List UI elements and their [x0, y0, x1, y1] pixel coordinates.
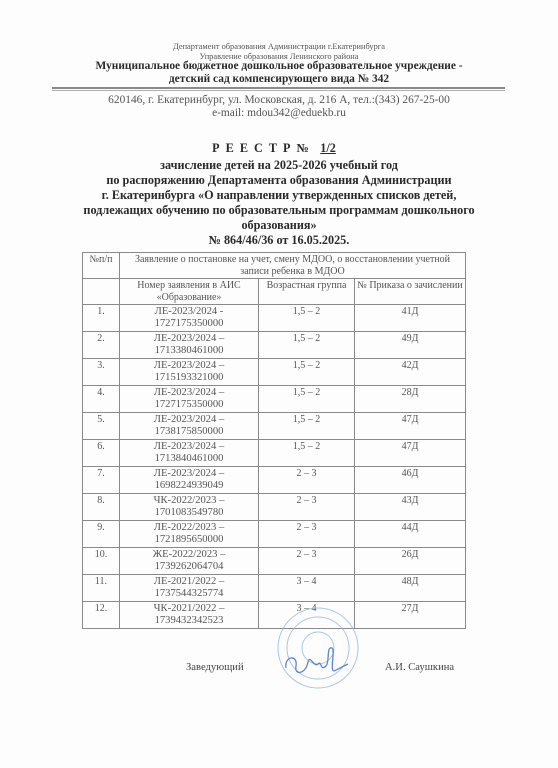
- row-number-text: 8.: [97, 495, 105, 506]
- order-number-text: 42Д: [402, 360, 419, 371]
- table-header-row: №п/п Заявление о постановке на учет, сме…: [83, 253, 466, 279]
- row-number-text: 1.: [97, 306, 105, 317]
- header-application-number: Номер заявления в АИС «Образование»: [120, 279, 259, 305]
- row-number: 2.: [83, 332, 120, 359]
- title-line: г. Екатеринбурга «О направлении утвержде…: [0, 188, 558, 203]
- row-number-text: 4.: [97, 387, 105, 398]
- row-number-text: 3.: [97, 360, 105, 371]
- organization-name-line2: детский сад компенсирующего вида № 342: [0, 73, 558, 85]
- row-number: 6.: [83, 440, 120, 467]
- row-number: 11.: [83, 575, 120, 602]
- application-number: ЛЕ-2023/2024 –1738175850000: [120, 413, 259, 440]
- row-number: 10.: [83, 548, 120, 575]
- order-number-text: 47Д: [402, 441, 419, 452]
- application-code-prefix: ЛЕ-2023/2024 –: [120, 414, 258, 426]
- application-code-prefix: ЖЕ-2022/2023 –: [120, 549, 258, 561]
- address: 620146, г. Екатеринбург, ул. Московская,…: [0, 94, 558, 106]
- application-number: ЛЕ-2023/2024 –1727175350000: [120, 386, 259, 413]
- row-number: 7.: [83, 467, 120, 494]
- order-number: 47Д: [355, 440, 466, 467]
- row-number: 9.: [83, 521, 120, 548]
- application-code-prefix: ЛЕ-2023/2024 –: [120, 360, 258, 372]
- order-number: 44Д: [355, 521, 466, 548]
- application-code-id: 1727175350000: [120, 318, 258, 330]
- age-group-text: 1,5 – 2: [293, 414, 321, 425]
- order-number: 41Д: [355, 305, 466, 332]
- row-number: 8.: [83, 494, 120, 521]
- header-age-group: Возрастная группа: [259, 279, 355, 305]
- application-number: ЛЕ-2023/2024 –1698224939049: [120, 467, 259, 494]
- application-code-id: 1698224939049: [120, 480, 258, 492]
- age-group: 2 – 3: [259, 521, 355, 548]
- title-line: образования»: [0, 218, 558, 233]
- application-code-id: 1715193321000: [120, 372, 258, 384]
- application-code-id: 1738175850000: [120, 426, 258, 438]
- age-group-text: 2 – 3: [297, 495, 317, 506]
- order-number: 48Д: [355, 575, 466, 602]
- application-number: ЧК-2021/2022 –1739432342523: [120, 602, 259, 629]
- order-number: 47Д: [355, 413, 466, 440]
- application-code-id: 1727175350000: [120, 399, 258, 411]
- application-number: ЛЕ-2023/2024 –1713380461000: [120, 332, 259, 359]
- row-number: 1.: [83, 305, 120, 332]
- age-group-text: 1,5 – 2: [293, 360, 321, 371]
- age-group-text: 1,5 – 2: [293, 306, 321, 317]
- application-code-id: 1701083549780: [120, 507, 258, 519]
- age-group-text: 1,5 – 2: [293, 441, 321, 452]
- order-number: 27Д: [355, 602, 466, 629]
- age-group: 1,5 – 2: [259, 332, 355, 359]
- row-number-text: 12.: [95, 603, 108, 614]
- age-group-text: 1,5 – 2: [293, 333, 321, 344]
- organization-name-line1: Муниципальное бюджетное дошкольное образ…: [0, 60, 558, 72]
- official-stamp-icon: [276, 606, 360, 690]
- application-code-prefix: ЛЕ-2023/2024 -: [120, 306, 258, 318]
- application-code-prefix: ЛЕ-2023/2024 –: [120, 333, 258, 345]
- application-code-id: 1737544325774: [120, 588, 258, 600]
- application-code-prefix: ЧК-2022/2023 –: [120, 495, 258, 507]
- age-group-text: 2 – 3: [297, 468, 317, 479]
- application-number: ЛЕ-2023/2024 -1727175350000: [120, 305, 259, 332]
- order-number-text: 28Д: [402, 387, 419, 398]
- registry-number: 1/2: [310, 141, 346, 155]
- table-row: 8.ЧК-2022/2023 –17010835497802 – 343Д: [83, 494, 466, 521]
- table-row: 12.ЧК-2021/2022 –17394323425233 – 427Д: [83, 602, 466, 629]
- order-number: 42Д: [355, 359, 466, 386]
- row-number: 3.: [83, 359, 120, 386]
- application-code-id: 1739262064704: [120, 561, 258, 573]
- age-group: 2 – 3: [259, 548, 355, 575]
- order-number: 49Д: [355, 332, 466, 359]
- row-number-text: 5.: [97, 414, 105, 425]
- order-reference: № 864/46/36 от 16.05.2025.: [0, 233, 558, 248]
- order-number-text: 48Д: [402, 576, 419, 587]
- application-number: ЛЕ-2023/2024 –1713840461000: [120, 440, 259, 467]
- application-number: ЛЕ-2022/2023 –1721895650000: [120, 521, 259, 548]
- header-application: Заявление о постановке на учет, смену МД…: [120, 253, 466, 279]
- title-line: по распоряжению Департамента образования…: [0, 173, 558, 188]
- age-group: 1,5 – 2: [259, 386, 355, 413]
- application-code-prefix: ЛЕ-2022/2023 –: [120, 522, 258, 534]
- order-number-text: 47Д: [402, 414, 419, 425]
- header-order-number: № Приказа о зачислении: [355, 279, 466, 305]
- registry-table: №п/п Заявление о постановке на учет, сме…: [82, 252, 466, 629]
- row-number-text: 11.: [95, 576, 107, 587]
- registry-title: Р Е Е С Т Р №1/2: [0, 141, 558, 156]
- order-number: 28Д: [355, 386, 466, 413]
- order-number-text: 46Д: [402, 468, 419, 479]
- age-group: 3 – 4: [259, 575, 355, 602]
- order-number-text: 27Д: [402, 603, 419, 614]
- order-number: 26Д: [355, 548, 466, 575]
- application-number: ЛЕ-2021/2022 –1737544325774: [120, 575, 259, 602]
- age-group-text: 3 – 4: [297, 576, 317, 587]
- row-number-text: 7.: [97, 468, 105, 479]
- registry-label: Р Е Е С Т Р №: [212, 141, 310, 155]
- application-code-id: 1739432342523: [120, 615, 258, 627]
- application-code-prefix: ЛЕ-2021/2022 –: [120, 576, 258, 588]
- row-number-text: 6.: [97, 441, 105, 452]
- application-code-id: 1721895650000: [120, 534, 258, 546]
- table-row: 9.ЛЕ-2022/2023 –17218956500002 – 344Д: [83, 521, 466, 548]
- age-group: 1,5 – 2: [259, 359, 355, 386]
- order-number-text: 44Д: [402, 522, 419, 533]
- header-num: №п/п: [83, 253, 120, 279]
- age-group-text: 1,5 – 2: [293, 387, 321, 398]
- age-group: 1,5 – 2: [259, 440, 355, 467]
- email: e-mail: mdou342@eduekb.ru: [0, 107, 558, 119]
- header-rule-thick: [52, 87, 505, 89]
- row-number: 5.: [83, 413, 120, 440]
- age-group-text: 2 – 3: [297, 522, 317, 533]
- row-number-text: 10.: [95, 549, 108, 560]
- table-subheader-row: Номер заявления в АИС «Образование» Возр…: [83, 279, 466, 305]
- signer-position: Заведующий: [186, 662, 244, 673]
- application-code-prefix: ЛЕ-2023/2024 –: [120, 387, 258, 399]
- table-row: 6.ЛЕ-2023/2024 –17138404610001,5 – 247Д: [83, 440, 466, 467]
- order-number-text: 49Д: [402, 333, 419, 344]
- application-code-prefix: ЧК-2021/2022 –: [120, 603, 258, 615]
- row-number-text: 9.: [97, 522, 105, 533]
- order-number-text: 41Д: [402, 306, 419, 317]
- application-code-prefix: ЛЕ-2023/2024 –: [120, 468, 258, 480]
- table-row: 4.ЛЕ-2023/2024 –17271753500001,5 – 228Д: [83, 386, 466, 413]
- header-rule-thin: [52, 90, 505, 91]
- age-group: 1,5 – 2: [259, 413, 355, 440]
- title-line: зачисление детей на 2025-2026 учебный го…: [0, 158, 558, 173]
- order-number: 46Д: [355, 467, 466, 494]
- table-row: 1.ЛЕ-2023/2024 -17271753500001,5 – 241Д: [83, 305, 466, 332]
- application-code-id: 1713840461000: [120, 453, 258, 465]
- signer-name: А.И. Саушкина: [385, 662, 454, 673]
- order-number: 43Д: [355, 494, 466, 521]
- age-group: 2 – 3: [259, 467, 355, 494]
- row-number: 4.: [83, 386, 120, 413]
- age-group: 1,5 – 2: [259, 305, 355, 332]
- table-row: 10.ЖЕ-2022/2023 –17392620647042 – 326Д: [83, 548, 466, 575]
- application-number: ЛЕ-2023/2024 –1715193321000: [120, 359, 259, 386]
- application-number: ЖЕ-2022/2023 –1739262064704: [120, 548, 259, 575]
- title-line: подлежащих обучению по образовательным п…: [0, 203, 558, 218]
- department-name: Департамент образования Администрации г.…: [0, 42, 558, 51]
- application-number: ЧК-2022/2023 –1701083549780: [120, 494, 259, 521]
- table-row: 7.ЛЕ-2023/2024 –16982249390492 – 346Д: [83, 467, 466, 494]
- header-empty: [83, 279, 120, 305]
- table-row: 2.ЛЕ-2023/2024 –17133804610001,5 – 249Д: [83, 332, 466, 359]
- table-row: 3.ЛЕ-2023/2024 –17151933210001,5 – 242Д: [83, 359, 466, 386]
- order-number-text: 26Д: [402, 549, 419, 560]
- age-group: 2 – 3: [259, 494, 355, 521]
- age-group-text: 2 – 3: [297, 549, 317, 560]
- order-number-text: 43Д: [402, 495, 419, 506]
- table-row: 5.ЛЕ-2023/2024 –17381758500001,5 – 247Д: [83, 413, 466, 440]
- row-number-text: 2.: [97, 333, 105, 344]
- application-code-id: 1713380461000: [120, 345, 258, 357]
- row-number: 12.: [83, 602, 120, 629]
- table-row: 11.ЛЕ-2021/2022 –17375443257743 – 448Д: [83, 575, 466, 602]
- application-code-prefix: ЛЕ-2023/2024 –: [120, 441, 258, 453]
